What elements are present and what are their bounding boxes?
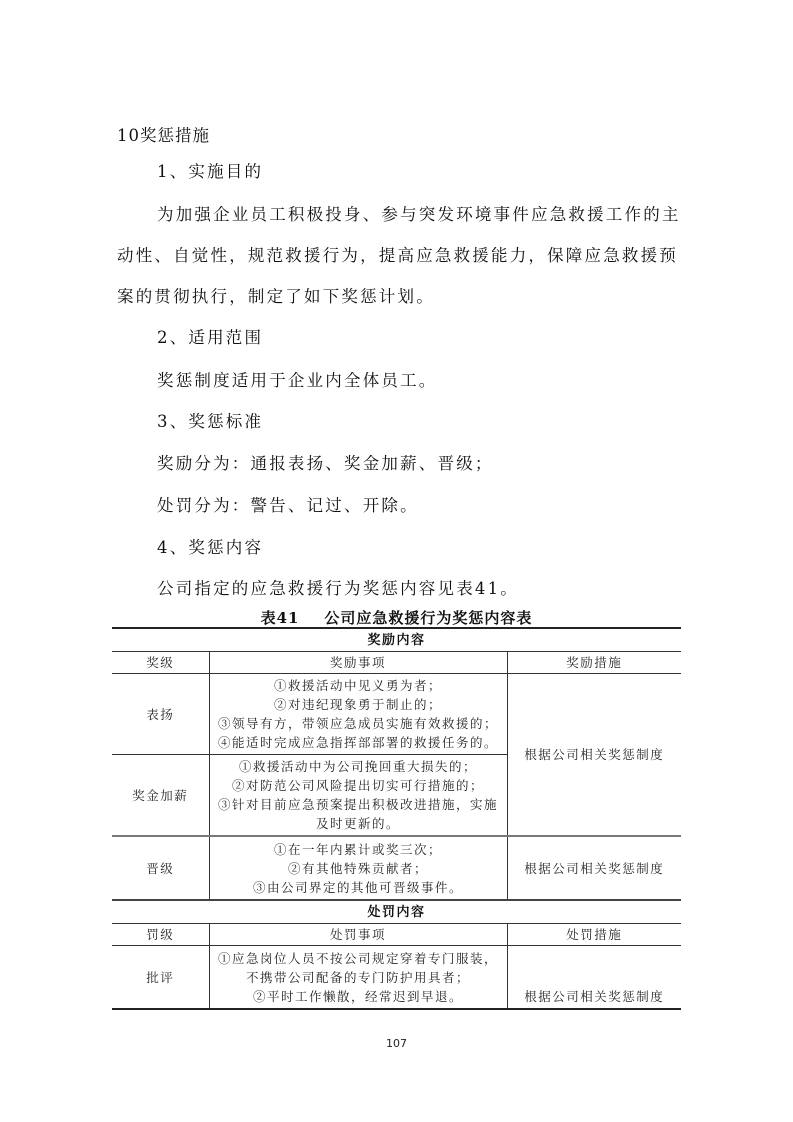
purpose-paragraph-line-2: 动性、自觉性，规范救援行为，提高应急救援能力，保障应急救援预 (117, 248, 678, 265)
reward-items-praise: ①救援活动中见义勇为者； ②对违纪现象勇于制止的； ③领导有方，带领应急成员实施… (209, 674, 507, 755)
subheading-content: 4、奖惩内容 (157, 540, 263, 557)
subheading-standards: 3、奖惩标准 (157, 414, 263, 431)
header-reward-items: 奖励事项 (209, 652, 507, 674)
reward-items-promotion: ①在一年内累计或奖三次； ②有其他特殊贡献者； ③由公司界定的其他可晋级事件。 (209, 836, 507, 900)
penalty-section-title: 处罚内容 (112, 900, 681, 924)
list-item: 及时更新的。 (210, 814, 507, 833)
header-penalty-level: 罚级 (112, 924, 209, 946)
list-item: ①救援活动中见义勇为者； (210, 676, 507, 695)
content-reference-text: 公司指定的应急救援行为奖惩内容见表41。 (157, 581, 519, 598)
list-item: ②对防范公司风险提出切实可行措施的； (210, 776, 507, 795)
penalty-level-criticism: 批评 (112, 946, 209, 1010)
list-item: ①在一年内累计或奖三次； (210, 840, 507, 859)
subheading-purpose: 1、实施目的 (157, 164, 263, 181)
reward-measure-promotion: 根据公司相关奖惩制度 (507, 836, 681, 900)
reward-section-title: 奖励内容 (112, 628, 681, 652)
reward-items-bonus: ①救援活动中为公司挽回重大损失的； ②对防范公司风险提出切实可行措施的； ③针对… (209, 755, 507, 837)
penalty-items-criticism: ①应急岗位人员不按公司规定穿着专门服装， 不携带公司配备的专门防护用具者； ②平… (209, 946, 507, 1010)
list-item: ③领导有方，带领应急成员实施有效救援的； (210, 714, 507, 733)
list-item: ①应急岗位人员不按公司规定穿着专门服装， (210, 949, 507, 968)
scope-text: 奖惩制度适用于企业内全体员工。 (157, 373, 438, 390)
list-item: ③针对目前应急预案提出积极改进措施，实施 (210, 795, 507, 814)
purpose-paragraph-line-3: 案的贯彻执行，制定了如下奖惩计划。 (117, 289, 435, 306)
penalty-types-text: 处罚分为：警告、记过、开除。 (157, 498, 419, 515)
list-item: ①救援活动中为公司挽回重大损失的； (210, 757, 507, 776)
reward-types-text: 奖励分为：通报表扬、奖金加薪、晋级； (157, 456, 494, 473)
header-reward-level: 奖级 (112, 652, 209, 674)
table-row: 表扬 ①救援活动中见义勇为者； ②对违纪现象勇于制止的； ③领导有方，带领应急成… (112, 674, 681, 755)
subheading-scope: 2、适用范围 (157, 330, 263, 347)
list-item: ②有其他特殊贡献者； (210, 859, 507, 878)
list-item: ③由公司界定的其他可晋级事件。 (210, 878, 507, 897)
penalty-measure-criticism: 根据公司相关奖惩制度 (507, 946, 681, 1010)
header-reward-measures: 奖励措施 (507, 652, 681, 674)
reward-level-praise: 表扬 (112, 674, 209, 755)
list-item: ④能适时完成应急指挥部部署的救援任务的。 (210, 733, 507, 752)
table-row: 晋级 ①在一年内累计或奖三次； ②有其他特殊贡献者； ③由公司界定的其他可晋级事… (112, 836, 681, 900)
list-item: ②平时工作懒散，经常迟到早退。 (210, 987, 507, 1006)
reward-level-promotion: 晋级 (112, 836, 209, 900)
reward-level-bonus: 奖金加薪 (112, 755, 209, 837)
header-penalty-measures: 处罚措施 (507, 924, 681, 946)
section-heading: 10奖惩措施 (117, 128, 210, 145)
list-item: 不携带公司配备的专门防护用具者； (210, 968, 507, 987)
page-number: 107 (0, 1037, 793, 1050)
header-penalty-items: 处罚事项 (209, 924, 507, 946)
purpose-paragraph-line-1: 为加强企业员工积极投身、参与突发环境事件应急救援工作的主 (157, 207, 681, 224)
table-row: 批评 ①应急岗位人员不按公司规定穿着专门服装， 不携带公司配备的专门防护用具者；… (112, 946, 681, 1010)
reward-penalty-table: 奖励内容 奖级 奖励事项 奖励措施 表扬 ①救援活动中见义勇为者； ②对违纪现象… (112, 627, 681, 1010)
reward-shared-measure: 根据公司相关奖惩制度 (507, 674, 681, 837)
table-caption: 表41 公司应急救援行为奖惩内容表 (112, 607, 681, 628)
list-item: ②对违纪现象勇于制止的； (210, 695, 507, 714)
